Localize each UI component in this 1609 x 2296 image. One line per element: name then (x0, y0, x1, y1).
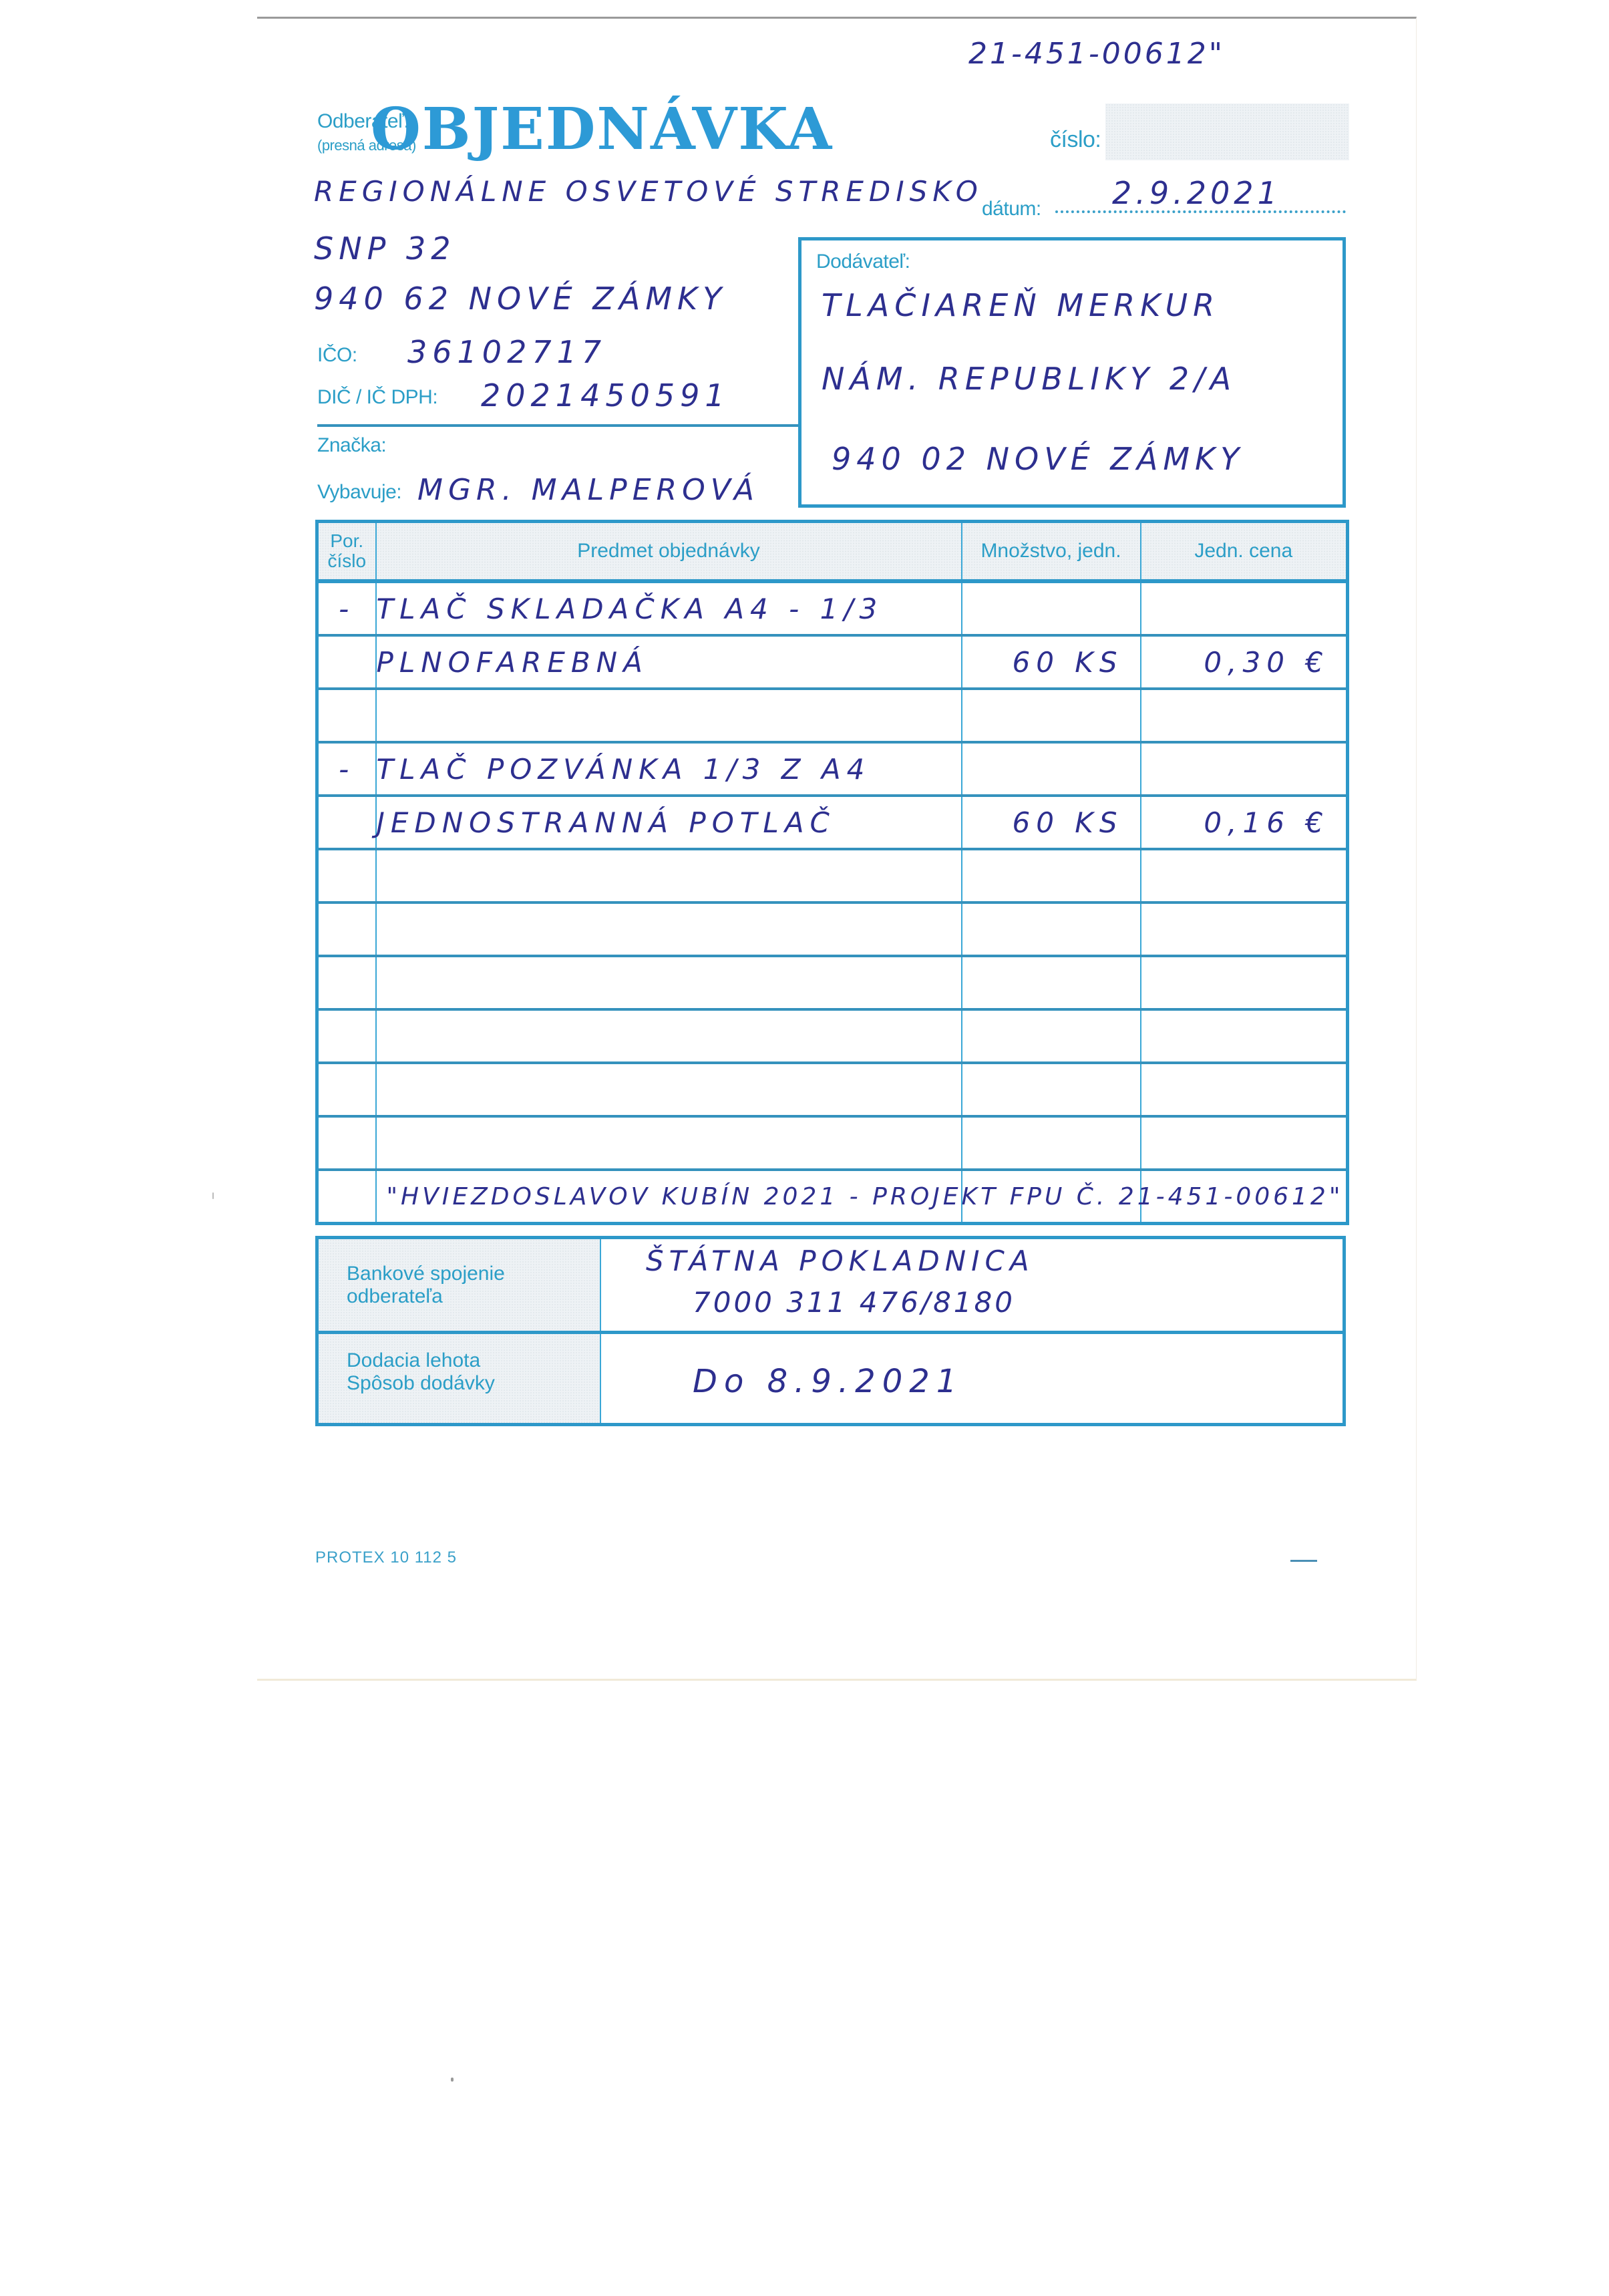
cell-por-cislo[interactable] (317, 1116, 376, 1170)
table-row (317, 1063, 1348, 1116)
cell-predmet[interactable] (376, 903, 962, 956)
cell-predmet[interactable] (376, 689, 962, 742)
scan-speck (451, 2078, 454, 2082)
header-predmet: Predmet objednávky (376, 522, 962, 582)
cell-jedn-cena[interactable] (1141, 1063, 1348, 1116)
cell-jedn-cena[interactable] (1141, 689, 1348, 742)
bank-delivery-box: Bankové spojenie odberateľa Štátna pokla… (315, 1236, 1346, 1426)
datum-label: dátum: (982, 198, 1041, 220)
cell-predmet[interactable]: Tlač pozvánka 1/3 z A4 (376, 742, 962, 796)
table-row (317, 903, 1348, 956)
table-row (317, 849, 1348, 903)
odberatel-divider (317, 424, 798, 427)
vybavuje-label: Vybavuje: (317, 481, 401, 504)
delivery-label-line1: Dodacia lehota (347, 1349, 495, 1372)
form-code: PROTEX 10 112 5 (315, 1548, 457, 1567)
cell-por-cislo[interactable] (317, 1063, 376, 1116)
cislo-label: číslo: (1050, 127, 1101, 153)
bank-account: 7000 311 476/8180 (693, 1286, 1015, 1319)
cell-predmet[interactable] (376, 1009, 962, 1063)
table-row: -Tlač pozvánka 1/3 z A4 (317, 742, 1348, 796)
cell-jedn-cena[interactable] (1141, 1009, 1348, 1063)
cell-por-cislo[interactable] (317, 635, 376, 689)
vybavuje-value: Mgr. Malperová (417, 473, 759, 507)
cell-predmet[interactable]: Plnofarebná (376, 635, 962, 689)
table-row (317, 1116, 1348, 1170)
delivery-value: Do 8.9.2021 (693, 1363, 963, 1400)
table-row: Jednostranná potlač60 ks0,16 € (317, 796, 1348, 849)
datum-value[interactable]: 2.9.2021 (1112, 175, 1281, 211)
cell-por-cislo[interactable] (317, 689, 376, 742)
cell-predmet[interactable] (376, 956, 962, 1009)
cell-jedn-cena[interactable] (1141, 1116, 1348, 1170)
cell-mnozstvo[interactable] (962, 742, 1141, 796)
cell-jedn-cena[interactable] (1141, 956, 1348, 1009)
top-reference-number: 21-451-00612" (968, 37, 1225, 71)
cell-mnozstvo[interactable] (962, 956, 1141, 1009)
cell-jedn-cena[interactable] (1141, 742, 1348, 796)
cell-predmet[interactable]: "Hviezdoslavov Kubín 2021 - projekt FPU … (376, 1170, 962, 1224)
dodavatel-label: Dodávateľ: (816, 251, 910, 273)
cell-por-cislo[interactable] (317, 1170, 376, 1224)
document-title: OBJEDNÁVKA (371, 96, 833, 163)
cell-jedn-cena[interactable] (1141, 903, 1348, 956)
items-table: Por.číslo Predmet objednávky Množstvo, j… (315, 520, 1349, 1225)
ico-value: 36102717 (407, 334, 606, 370)
cell-mnozstvo[interactable] (962, 689, 1141, 742)
cell-por-cislo[interactable]: - (317, 581, 376, 635)
table-row (317, 1009, 1348, 1063)
delivery-label-line2: Spôsob dodávky (347, 1372, 495, 1395)
ico-label: IČO: (317, 344, 357, 367)
header-jedn-cena: Jedn. cena (1141, 522, 1348, 582)
dic-label: DIČ / IČ DPH: (317, 386, 437, 409)
cell-predmet[interactable] (376, 1116, 962, 1170)
header-por-cislo: Por.číslo (317, 522, 376, 582)
dodavatel-city: 940 02 Nové Zámky (832, 441, 1244, 477)
cislo-field[interactable] (1105, 104, 1349, 160)
items-header-row: Por.číslo Predmet objednávky Množstvo, j… (317, 522, 1348, 582)
odberatel-name: Regionálne osvetové stredisko (314, 175, 983, 208)
table-row: "Hviezdoslavov Kubín 2021 - projekt FPU … (317, 1170, 1348, 1224)
cell-jedn-cena[interactable]: 0,30 € (1141, 635, 1348, 689)
dic-value: 2021450591 (481, 377, 730, 414)
header-mnozstvo: Množstvo, jedn. (962, 522, 1141, 582)
table-row (317, 689, 1348, 742)
cell-mnozstvo[interactable]: 60 ks (962, 796, 1141, 849)
cell-mnozstvo[interactable]: 60 ks (962, 635, 1141, 689)
cell-por-cislo[interactable] (317, 1009, 376, 1063)
cell-mnozstvo[interactable] (962, 849, 1141, 903)
table-row: -Tlač skladačka A4 - 1/3 (317, 581, 1348, 635)
scan-speck (212, 1192, 214, 1199)
bank-name: Štátna pokladnica (646, 1245, 1035, 1277)
bank-label: Bankové spojenie odberateľa (347, 1263, 505, 1308)
table-row (317, 956, 1348, 1009)
bank-label-line2: odberateľa (347, 1285, 505, 1308)
odberatel-street: SNP 32 (314, 230, 456, 267)
cell-predmet[interactable]: Jednostranná potlač (376, 796, 962, 849)
znacka-label: Značka: (317, 434, 386, 457)
table-row: Plnofarebná60 ks0,30 € (317, 635, 1348, 689)
cell-mnozstvo[interactable] (962, 1009, 1141, 1063)
cell-por-cislo[interactable] (317, 796, 376, 849)
cell-jedn-cena[interactable] (1141, 849, 1348, 903)
cell-predmet[interactable]: Tlač skladačka A4 - 1/3 (376, 581, 962, 635)
cell-por-cislo[interactable] (317, 956, 376, 1009)
bank-label-line1: Bankové spojenie (347, 1263, 505, 1285)
cell-jedn-cena[interactable]: 0,16 € (1141, 796, 1348, 849)
cell-por-cislo[interactable] (317, 903, 376, 956)
cell-mnozstvo[interactable] (962, 1116, 1141, 1170)
odberatel-city: 940 62 Nové Zámky (314, 281, 727, 317)
cell-predmet[interactable] (376, 849, 962, 903)
cell-mnozstvo[interactable] (962, 903, 1141, 956)
footer-dash (1290, 1560, 1317, 1562)
dodavatel-street: Nám. Republiky 2/A (822, 361, 1236, 397)
cell-jedn-cena[interactable] (1141, 581, 1348, 635)
bank-delivery-divider (319, 1331, 1343, 1334)
dodavatel-name: Tlačiareň Merkur (822, 287, 1220, 323)
cell-por-cislo[interactable] (317, 849, 376, 903)
cell-por-cislo[interactable]: - (317, 742, 376, 796)
cell-predmet[interactable] (376, 1063, 962, 1116)
cell-mnozstvo[interactable] (962, 581, 1141, 635)
delivery-label: Dodacia lehota Spôsob dodávky (347, 1349, 495, 1395)
cell-mnozstvo[interactable] (962, 1063, 1141, 1116)
